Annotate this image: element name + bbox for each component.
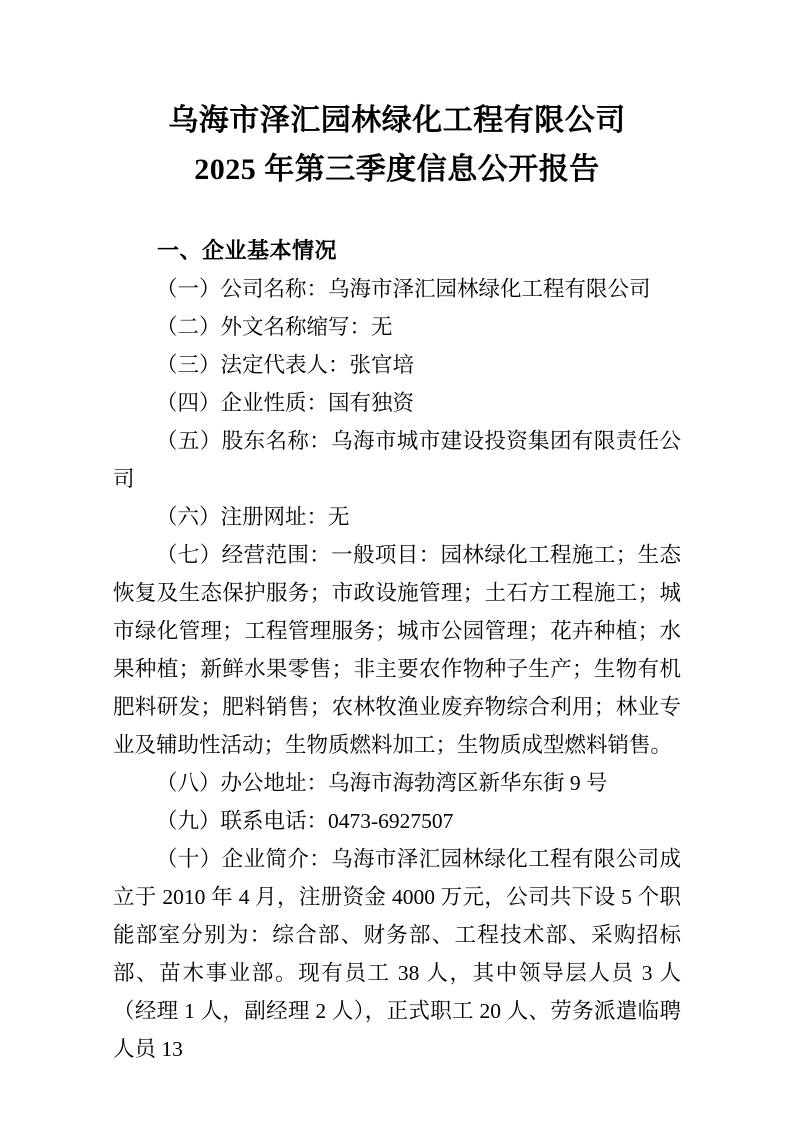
paragraph-company-profile: （十）企业简介：乌海市泽汇园林绿化工程有限公司成立于 2010 年 4 月，注册… [113, 840, 681, 1068]
doc-title-line-1: 乌海市泽汇园林绿化工程有限公司 [113, 96, 681, 145]
paragraph-enterprise-nature: （四）企业性质：国有独资 [113, 384, 681, 422]
paragraph-office-address: （八）办公地址：乌海市海勃湾区新华东街 9 号 [113, 764, 681, 802]
doc-body: 一、企业基本情况 （一）公司名称：乌海市泽汇园林绿化工程有限公司 （二）外文名称… [113, 232, 681, 1068]
paragraph-company-name: （一）公司名称：乌海市泽汇园林绿化工程有限公司 [113, 270, 681, 308]
paragraph-foreign-name: （二）外文名称缩写：无 [113, 308, 681, 346]
paragraph-contact-phone: （九）联系电话：0473-6927507 [113, 802, 681, 840]
section-heading-basic-info: 一、企业基本情况 [113, 232, 681, 270]
paragraph-registered-website: （六）注册网址：无 [113, 498, 681, 536]
paragraph-shareholder-name: （五）股东名称：乌海市城市建设投资集团有限责任公司 [113, 422, 681, 498]
document-page: 乌海市泽汇园林绿化工程有限公司 2025 年第三季度信息公开报告 一、企业基本情… [0, 0, 793, 1122]
paragraph-business-scope: （七）经营范围：一般项目：园林绿化工程施工；生态恢复及生态保护服务；市政设施管理… [113, 536, 681, 764]
doc-title-line-2: 2025 年第三季度信息公开报告 [113, 145, 681, 194]
paragraph-legal-representative: （三）法定代表人：张官培 [113, 346, 681, 384]
